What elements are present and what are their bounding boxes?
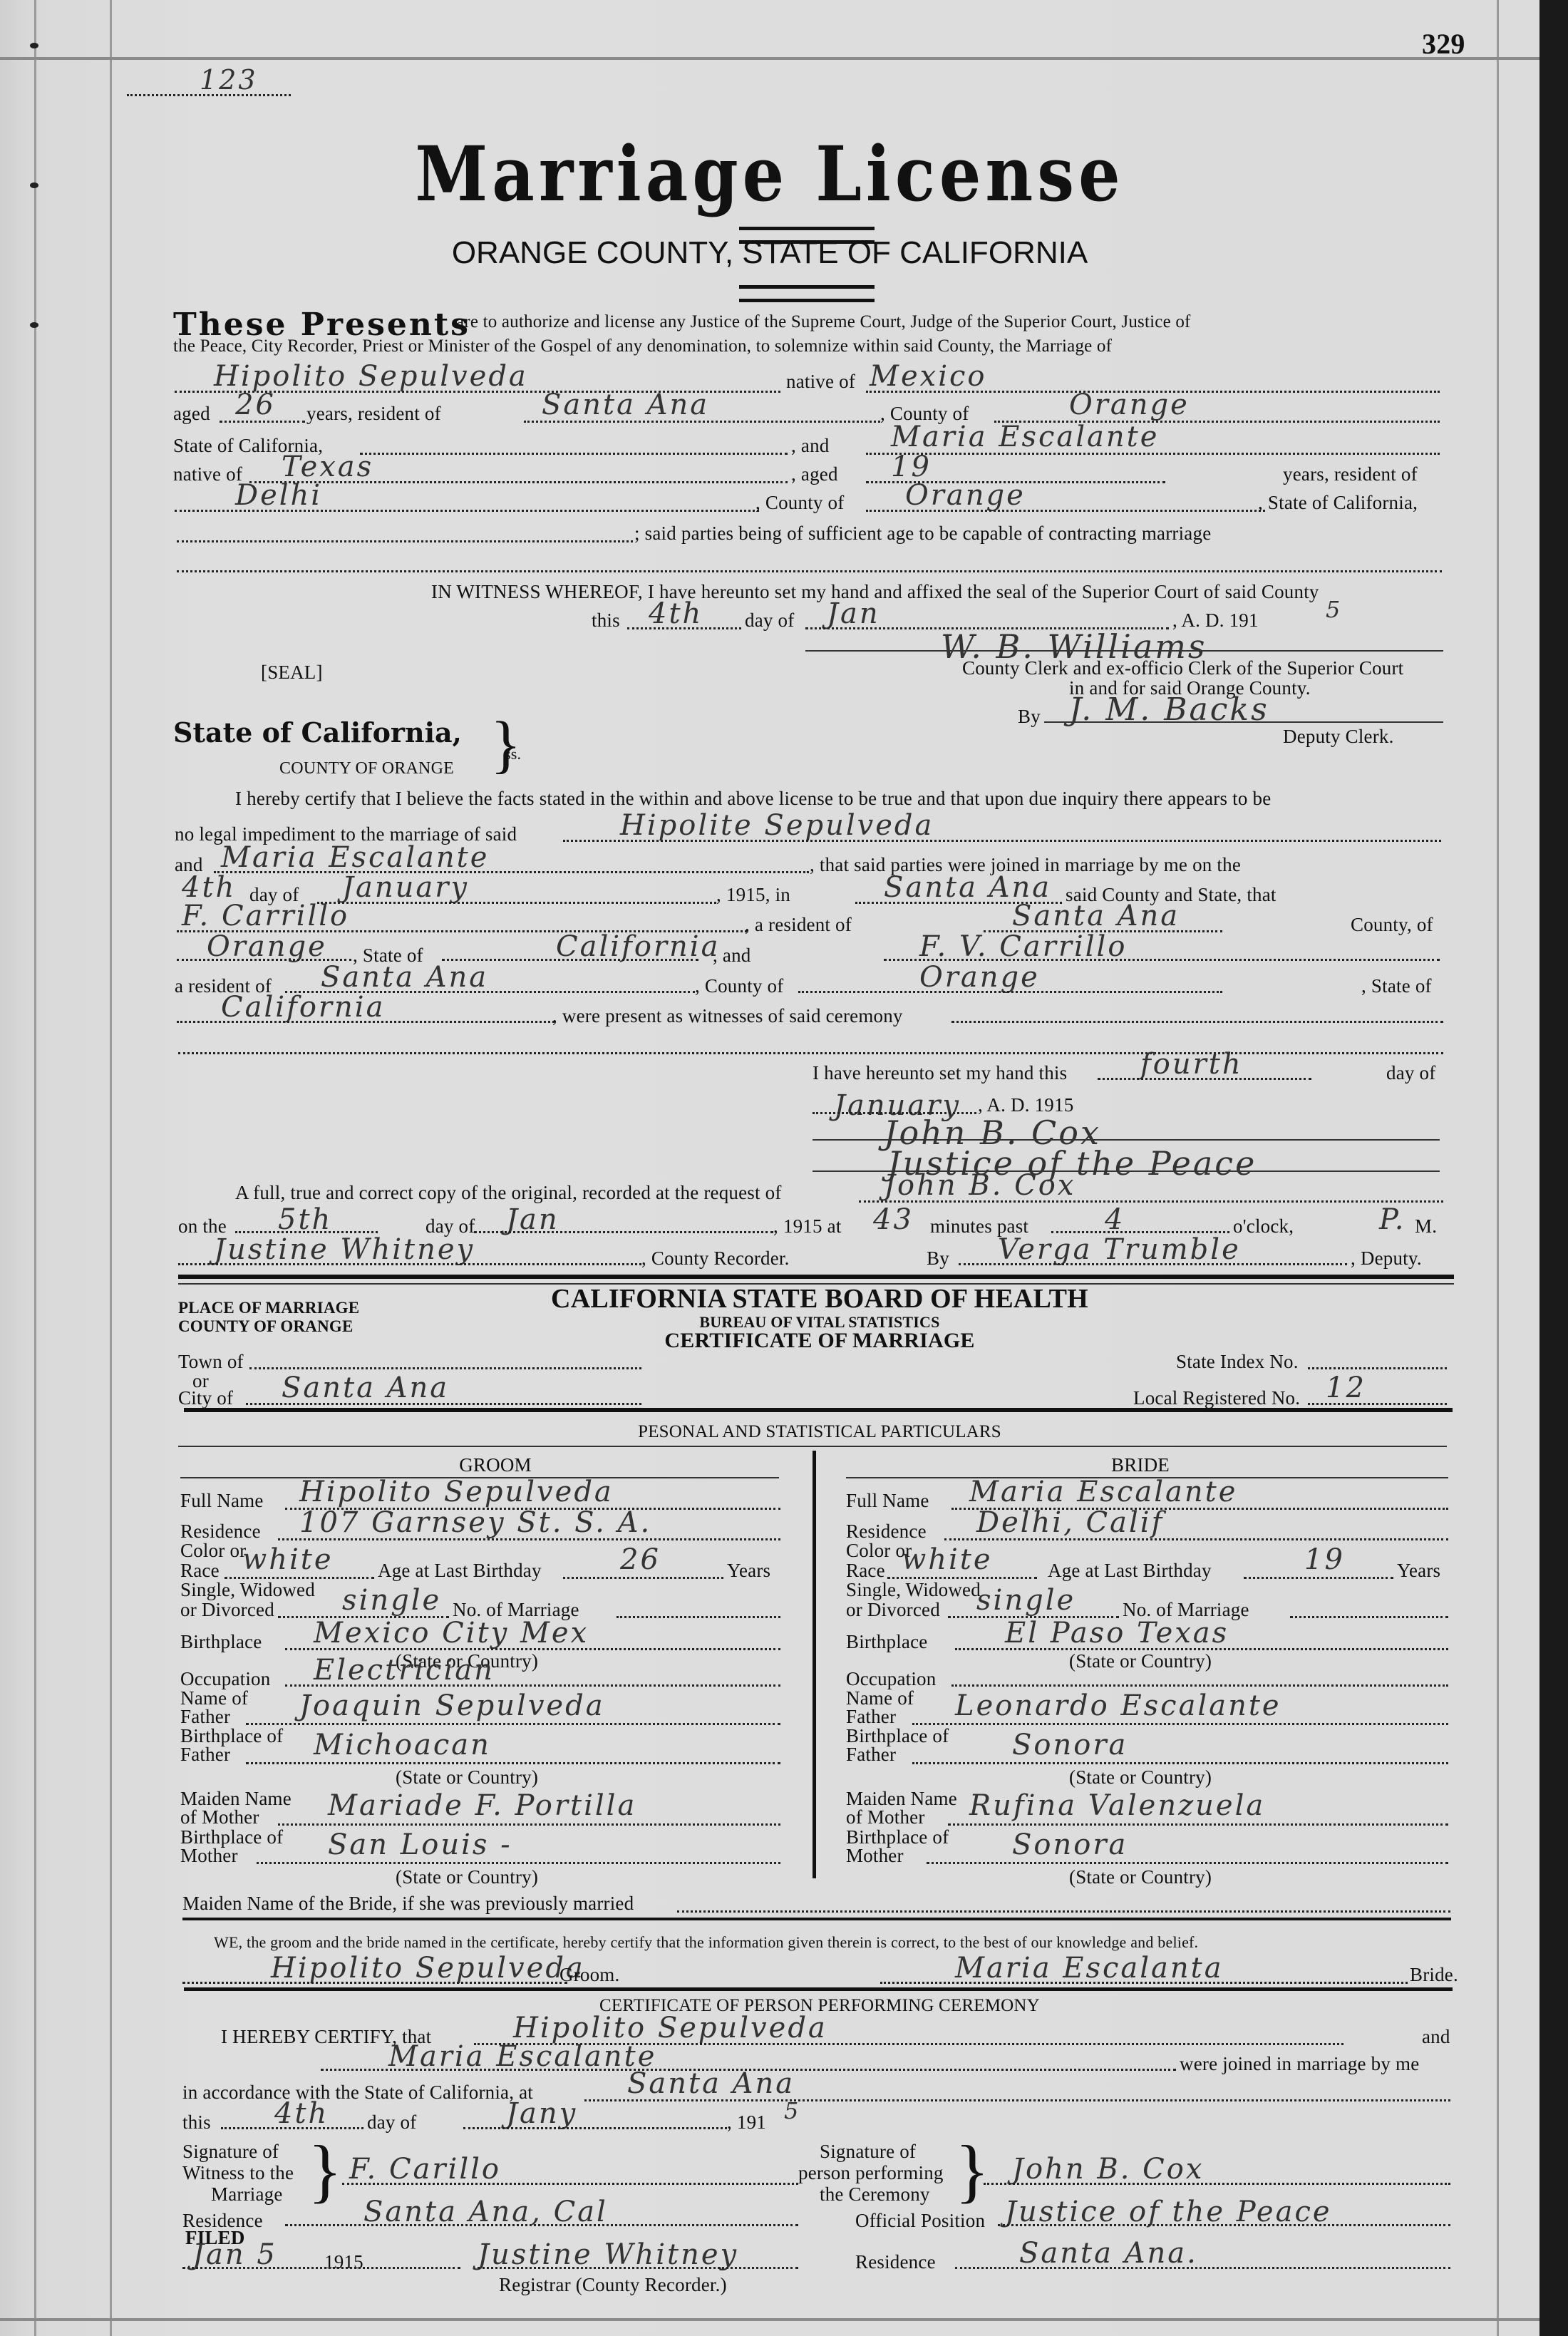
registrar-label: Registrar (County Recorder.) xyxy=(499,2274,727,2296)
record-number-line xyxy=(127,94,291,96)
line xyxy=(214,871,809,873)
ceremony-place: Santa Ana xyxy=(627,2067,795,2100)
return-groom-name: Hipolite Sepulveda xyxy=(620,809,934,842)
present-label: , were present as witnesses of said cere… xyxy=(552,1005,903,1027)
bride-years-resident-label: years, resident of xyxy=(1283,463,1418,485)
groom-mother: Mariade F. Portilla xyxy=(328,1789,636,1822)
groom-marital-label-1: Single, Widowed xyxy=(180,1579,315,1601)
line xyxy=(285,1684,780,1687)
bride-race: white xyxy=(902,1543,993,1576)
ceremony-month: Jany xyxy=(506,2097,577,2130)
line xyxy=(951,1684,1448,1687)
year-in-label: , 1915, in xyxy=(716,884,790,906)
performer-label-1: Signature of xyxy=(820,2141,916,2163)
bride-heading: BRIDE xyxy=(820,1454,1461,1476)
intro-line-2: the Peace, City Recorder, Priest or Mini… xyxy=(173,336,1112,356)
ceremony-year-digit: 5 xyxy=(784,2097,800,2124)
license-subtitle: ORANGE COUNTY, STATE OF CALIFORNIA xyxy=(356,235,1183,271)
brace: } xyxy=(955,2135,989,2206)
clerk-signature-line xyxy=(805,650,1443,652)
state-heading: State of California, xyxy=(173,716,462,748)
day-of-label: day of xyxy=(745,609,794,632)
line xyxy=(563,840,1441,842)
witness-label-3: Marriage xyxy=(211,2183,283,2206)
years-resident-label: years, resident of xyxy=(306,403,441,425)
line xyxy=(474,1231,773,1233)
local-registered-value: 12 xyxy=(1326,1372,1366,1404)
ceremony-day: 4th xyxy=(274,2097,329,2130)
bride-mother: Rufina Valenzuela xyxy=(969,1789,1265,1822)
groom-birthplace: Mexico City Mex xyxy=(314,1617,589,1650)
line xyxy=(249,1367,641,1369)
groom-age-line xyxy=(220,421,305,423)
bride-native-of-label: native of xyxy=(173,463,242,485)
groom-birthplace-label: Birthplace xyxy=(180,1631,262,1653)
local-registered-label: Local Registered No. xyxy=(1133,1387,1300,1409)
filed-year: 1915 xyxy=(324,2251,363,2273)
line xyxy=(617,1616,780,1618)
bride-full-name-label: Full Name xyxy=(846,1490,929,1512)
bride-age-value: 19 xyxy=(1304,1543,1345,1576)
bride-marital-label-1: Single, Widowed xyxy=(846,1579,981,1601)
line xyxy=(798,991,1222,993)
line xyxy=(944,1538,1448,1540)
performer-residence: Santa Ana. xyxy=(1019,2237,1198,2270)
subtitle-rule xyxy=(739,285,875,302)
recording-deputy-signature: Verga Trumble xyxy=(998,1233,1241,1266)
bride-native-line xyxy=(249,481,788,483)
state-of2-label: , State of xyxy=(1361,975,1432,997)
state-index-label: State Index No. xyxy=(1176,1351,1299,1373)
groom-state-country-2: (State or Country) xyxy=(396,1766,538,1789)
witness2-state: California xyxy=(221,991,385,1024)
seal-label: [SEAL] xyxy=(261,662,323,684)
ss-label: ss. xyxy=(505,745,521,763)
groom-age: 26 xyxy=(235,389,276,421)
line xyxy=(1244,1577,1393,1579)
line xyxy=(463,2127,727,2129)
left-binding-line xyxy=(34,0,36,2336)
bride-state-country-2: (State or Country) xyxy=(1069,1766,1212,1789)
bride-birthplace-label: Birthplace xyxy=(846,1631,927,1653)
bride-mother-birthplace: Sonora xyxy=(1012,1828,1128,1861)
blank-line xyxy=(177,540,633,542)
groom-full-name: Hipolito Sepulveda xyxy=(299,1476,614,1508)
aged-label: aged xyxy=(173,403,210,425)
section-divider xyxy=(178,1275,1454,1279)
bride-signature: Maria Escalanta xyxy=(955,1952,1224,1985)
bride-state-country: (State or Country) xyxy=(1069,1650,1212,1672)
line xyxy=(182,1982,567,1984)
groom-native-of: Mexico xyxy=(870,360,986,393)
groom-signature: Hipolito Sepulveda xyxy=(271,1952,585,1985)
intro-line-1: are to authorize and license any Justice… xyxy=(456,312,1191,332)
header-rule xyxy=(0,57,1539,60)
bride-father-bp-label-2: Father xyxy=(846,1744,896,1766)
official-position-label: Official Position xyxy=(855,2210,985,2232)
witness2-residence: Santa Ana xyxy=(321,961,488,994)
state-blank-line xyxy=(360,453,788,455)
bride-birthplace: El Paso Texas xyxy=(1005,1617,1229,1650)
line xyxy=(342,2183,798,2185)
line xyxy=(813,1139,1440,1141)
line xyxy=(1308,1367,1447,1369)
line xyxy=(246,1762,780,1764)
joined-label: were joined in marriage by me xyxy=(1180,2053,1419,2075)
this-label: this xyxy=(182,2111,211,2134)
record-minutes: 43 xyxy=(873,1203,914,1236)
performer-residence-label: Residence xyxy=(855,2251,936,2273)
groom-father: Joaquin Sepulveda xyxy=(299,1689,605,1722)
line xyxy=(955,2267,1450,2269)
oclock-label: o'clock, xyxy=(1233,1215,1294,1238)
clerk-title-1: County Clerk and ex-officio Clerk of the… xyxy=(962,657,1403,679)
groom-mother-bp-label-2: Mother xyxy=(180,1845,238,1867)
bride-father: Leonardo Escalante xyxy=(955,1689,1281,1722)
recorder-signature: Justine Whitney xyxy=(214,1233,475,1266)
bride-name: Maria Escalante xyxy=(891,421,1159,453)
accordance-label: in accordance with the State of Californ… xyxy=(182,2082,533,2104)
issue-day: 4th xyxy=(649,597,703,630)
performer-signature: John B. Cox xyxy=(1012,2153,1204,2186)
bride-years-label: Years xyxy=(1397,1560,1440,1582)
line xyxy=(912,1762,1448,1764)
hand-day-of: day of xyxy=(1386,1062,1435,1084)
line xyxy=(677,1910,1450,1913)
brace: } xyxy=(308,2135,342,2206)
line xyxy=(584,2099,1450,2101)
bride-county-line xyxy=(866,510,1265,512)
city-of-label: City of xyxy=(178,1387,233,1409)
line xyxy=(278,1823,780,1826)
right-margin-line xyxy=(1497,0,1499,2336)
line xyxy=(177,1021,555,1023)
line xyxy=(246,1403,641,1405)
state-of-california-label-2: , State of California, xyxy=(1258,492,1418,514)
line xyxy=(563,1577,723,1579)
hand-label: I have hereunto set my hand this xyxy=(813,1062,1067,1084)
page-number: 329 xyxy=(1422,27,1465,61)
line xyxy=(278,1538,780,1540)
and2-label: , and xyxy=(713,945,751,967)
line xyxy=(317,902,716,904)
town-of-label: Town of xyxy=(178,1351,244,1373)
bride-county-label: , County of xyxy=(755,492,844,514)
line xyxy=(880,1982,1408,1984)
year-label: , 191 xyxy=(727,2111,766,2134)
performer-label-3: the Ceremony xyxy=(820,2183,930,2206)
witness-signature: F. Carillo xyxy=(349,2153,501,2186)
by-label: By xyxy=(1018,706,1041,728)
line xyxy=(246,1723,780,1725)
groom-race: white xyxy=(242,1543,334,1576)
groom-mother-label-2: of Mother xyxy=(180,1806,259,1828)
divider xyxy=(184,1408,1453,1412)
day-of-label: day of xyxy=(367,2111,416,2134)
record-meridiem: P. xyxy=(1379,1203,1406,1236)
bride-full-name: Maria Escalante xyxy=(969,1476,1237,1508)
native-of-label: native of xyxy=(786,371,855,393)
place-of-marriage-2: COUNTY OF ORANGE xyxy=(178,1317,354,1336)
county-of-label: County, of xyxy=(1351,914,1433,936)
bride-aged-label: , aged xyxy=(791,463,838,485)
groom-residence: Santa Ana xyxy=(542,389,709,421)
county-orange: COUNTY OF ORANGE xyxy=(279,759,454,778)
line xyxy=(1098,1078,1311,1080)
line xyxy=(948,1823,1448,1826)
line xyxy=(959,1263,1347,1265)
line xyxy=(984,2183,1450,2185)
groom-state-country-3: (State or Country) xyxy=(396,1866,538,1888)
line xyxy=(221,2127,363,2129)
bride-residence: Delhi, Calif xyxy=(976,1506,1164,1539)
this-label: this xyxy=(592,609,620,632)
county-recorder-label: , County Recorder. xyxy=(641,1247,790,1270)
year-at-label: , 1915 at xyxy=(773,1215,842,1238)
place-of-marriage-1: PLACE OF MARRIAGE xyxy=(178,1299,359,1317)
maiden-name-label: Maiden Name of the Bride, if she was pre… xyxy=(182,1893,634,1915)
bride-marital: single xyxy=(976,1584,1076,1617)
return-month: January xyxy=(342,871,469,904)
line xyxy=(1308,1403,1447,1405)
groom-occupation: Electrician xyxy=(314,1654,495,1687)
bride-mother-label-2: of Mother xyxy=(846,1806,925,1828)
bride-state-country-3: (State or Country) xyxy=(1069,1866,1212,1888)
groom-full-name-label: Full Name xyxy=(180,1490,264,1512)
groom-years-label: Years xyxy=(727,1560,770,1582)
witness-label-1: Signature of xyxy=(182,2141,279,2163)
line xyxy=(178,1263,641,1265)
groom-color-label: Color or xyxy=(180,1540,246,1562)
witness1-residence: Santa Ana xyxy=(1012,900,1180,932)
bride-marital-label-2: or Divorced xyxy=(846,1599,940,1621)
bride-age-label: Age at Last Birthday xyxy=(1048,1560,1212,1582)
bride-mother-bp-label-2: Mother xyxy=(846,1845,904,1867)
line xyxy=(285,2224,798,2226)
blank-line xyxy=(177,570,1442,572)
witness-label-2: Witness to the xyxy=(182,2162,294,2184)
line xyxy=(182,2267,460,2269)
margin-line xyxy=(110,0,112,2336)
certificate-title: CERTIFICATE OF MARRIAGE xyxy=(428,1329,1212,1353)
certify-line-1: I hereby certify that I believe the fact… xyxy=(235,788,1271,810)
line xyxy=(912,1723,1448,1725)
binding-hole xyxy=(30,322,38,328)
column-divider xyxy=(813,1451,816,1878)
bride-county: Orange xyxy=(905,479,1026,512)
issue-year-digit: 5 xyxy=(1326,596,1342,623)
groom-county: Orange xyxy=(1069,389,1190,421)
return-bride-name: Maria Escalante xyxy=(221,841,489,874)
requested-by: John B. Cox xyxy=(884,1169,1076,1202)
bride-name-line xyxy=(866,453,1440,455)
deputy-signature-line xyxy=(1044,721,1443,723)
line xyxy=(257,1862,780,1864)
record-number: 123 xyxy=(200,64,258,96)
resident-of-label: , a resident of xyxy=(745,914,852,936)
by-label: By xyxy=(927,1247,949,1270)
and-label: , and xyxy=(791,435,829,457)
groom-heading: GROOM xyxy=(178,1454,813,1476)
binding-hole xyxy=(30,182,38,188)
deputy-title: Deputy Clerk. xyxy=(1283,726,1394,748)
footer-rule xyxy=(0,2318,1539,2321)
line xyxy=(998,2224,1450,2226)
groom-father-bp-label-2: Father xyxy=(180,1744,230,1766)
recording-line-1: A full, true and correct copy of the ori… xyxy=(235,1182,782,1204)
groom-marital-label-2: or Divorced xyxy=(180,1599,274,1621)
and-label: and xyxy=(1422,2026,1450,2048)
record-page: 329 123 Marriage License ORANGE COUNTY, … xyxy=(0,0,1539,2336)
we-certify-text: WE, the groom and the bride named in the… xyxy=(214,1933,1198,1952)
issue-day-line xyxy=(627,627,741,629)
groom-mother-birthplace: San Louis - xyxy=(328,1828,512,1861)
line xyxy=(478,2267,798,2269)
bride-father-birthplace: Sonora xyxy=(1012,1729,1128,1761)
bride-label: Bride. xyxy=(1410,1964,1458,1986)
license-title: Marriage License xyxy=(356,130,1183,218)
divider xyxy=(182,1918,1451,1920)
groom-age-value: 26 xyxy=(620,1543,661,1576)
groom-father-birthplace: Michoacan xyxy=(314,1729,491,1761)
city-value: Santa Ana xyxy=(282,1372,449,1404)
line xyxy=(1290,1616,1448,1618)
groom-label: Groom. xyxy=(559,1964,619,1986)
deputy-label: , Deputy. xyxy=(1351,1247,1422,1270)
performer-label-2: person performing xyxy=(798,2162,944,2184)
line xyxy=(927,1862,1448,1864)
line xyxy=(859,1200,1443,1203)
groom-marital: single xyxy=(342,1584,441,1617)
sufficient-age-text: ; said parties being of sufficient age t… xyxy=(634,523,1211,545)
bride-residence-line xyxy=(175,510,759,512)
board-title: CALIFORNIA STATE BOARD OF HEALTH xyxy=(428,1283,1212,1314)
witness1-name: F. Carrillo xyxy=(182,900,349,932)
divider xyxy=(178,1446,1447,1447)
witness2-county: Orange xyxy=(919,961,1040,994)
hand-day: fourth xyxy=(1140,1048,1243,1081)
binding-hole xyxy=(30,43,38,48)
bride-residence: Delhi xyxy=(235,479,322,512)
issue-month: Jan xyxy=(827,597,880,630)
groom-age-label: Age at Last Birthday xyxy=(378,1560,542,1582)
line xyxy=(178,1052,1443,1054)
divider xyxy=(184,1987,1453,1991)
groom-residence: 107 Garnsey St. S. A. xyxy=(299,1506,651,1539)
particulars-heading: PESONAL AND STATISTICAL PARTICULARS xyxy=(428,1422,1212,1442)
m-label: M. xyxy=(1415,1215,1437,1238)
line xyxy=(951,1021,1443,1023)
county-of2-label: , County of xyxy=(695,975,783,997)
groom-residence-line xyxy=(524,421,880,423)
